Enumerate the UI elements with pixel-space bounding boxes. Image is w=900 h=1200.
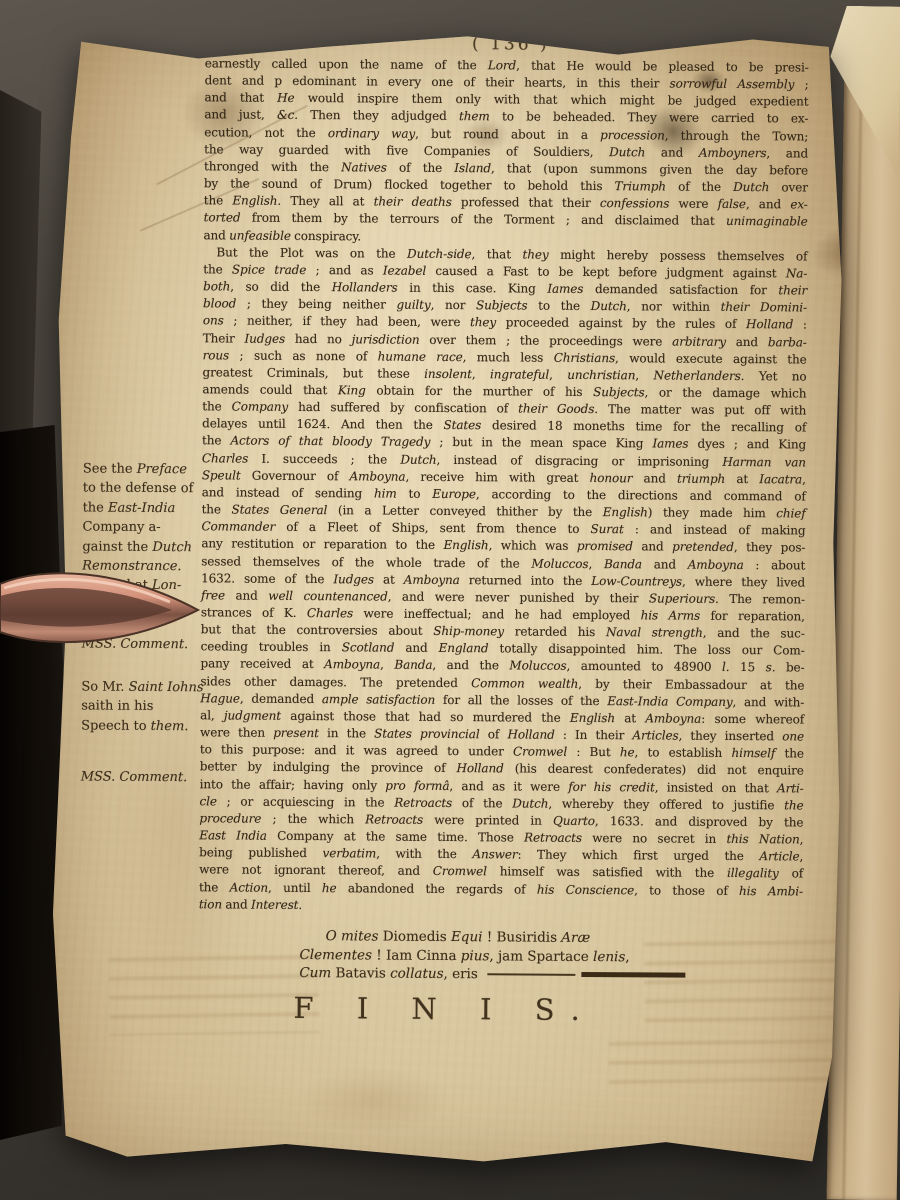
finis-label: F I N I S. (285, 991, 605, 1027)
margin-notes: See the Prefaceto the defense ofthe East… (86, 23, 206, 24)
page-number: ( 136 ) (441, 34, 581, 55)
rule-thick (582, 972, 686, 978)
rule-thin (488, 973, 576, 976)
margin-note-line: gainst the Dutch (82, 537, 202, 557)
stain (298, 1065, 448, 1136)
margin-note: MSS. Comment. (81, 767, 201, 787)
margin-note-line: See the Preface (83, 459, 203, 479)
latin-verse: O mites Diomedis Equi ! Busiridis AræCle… (299, 927, 686, 985)
margin-note-line: MSS. Comment. (81, 767, 201, 787)
verse-line: Cum Batavis collatus, eris (299, 964, 686, 985)
margin-note-line: Company a- (82, 518, 202, 538)
margin-note-line: So Mr. Saint Iohns (81, 677, 201, 697)
photographed-book-page: ( 136 ) See the Prefaceto the defense of… (0, 0, 900, 1200)
margin-note-line: to the defense of (83, 479, 203, 499)
verse-line: O mites Diomedis Equi ! Busiridis Aræ (300, 927, 687, 948)
margin-note-line: the East-India (83, 498, 203, 518)
brass-clasp (0, 556, 205, 660)
margin-note-line: saith in his (81, 697, 201, 717)
spine-shadow-upper (0, 90, 46, 450)
body-text: earnestly called upon the name of the Lo… (199, 55, 809, 917)
margin-note-line: Speech to them. (81, 716, 201, 736)
margin-note: So Mr. Saint Iohnssaith in hisSpeech to … (81, 677, 201, 736)
page-edge-crease (843, 10, 864, 1200)
